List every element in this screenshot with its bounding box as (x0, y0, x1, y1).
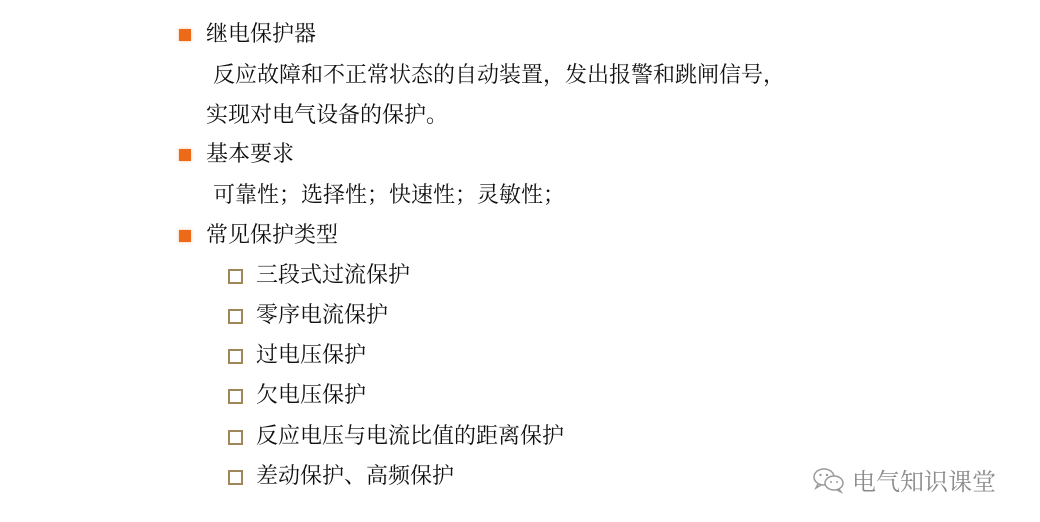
list-item: 差动保护、高频保护 (256, 464, 454, 490)
list-item: 欠电压保护 (256, 383, 366, 409)
checkbox-bullet-icon (228, 309, 243, 324)
checkbox-bullet-icon (228, 389, 243, 404)
checkbox-bullet-icon (228, 269, 243, 284)
section-body-line: 反应故障和不正常状态的自动装置，发出报警和跳闸信号， (213, 63, 785, 89)
bullet-square-icon (179, 149, 191, 161)
list-item: 三段式过流保护 (256, 263, 410, 289)
section-body-line: 可靠性；选择性；快速性；灵敏性； (213, 183, 565, 209)
checkbox-bullet-icon (228, 430, 243, 445)
watermark-text: 电气知识课堂 (852, 462, 996, 497)
bullet-square-icon (179, 29, 191, 41)
section-heading-protection-types: 常见保护类型 (206, 223, 338, 249)
watermark: 电气知识课堂 (812, 462, 996, 497)
list-item: 零序电流保护 (256, 303, 388, 329)
section-heading-relay: 继电保护器 (206, 22, 316, 48)
bullet-square-icon (179, 230, 191, 242)
section-heading-requirements: 基本要求 (206, 142, 294, 168)
section-body-line: 实现对电气设备的保护。 (206, 103, 448, 129)
list-item: 反应电压与电流比值的距离保护 (256, 424, 564, 450)
checkbox-bullet-icon (228, 349, 243, 364)
list-item: 过电压保护 (256, 343, 366, 369)
checkbox-bullet-icon (228, 470, 243, 485)
wechat-icon (812, 466, 846, 494)
